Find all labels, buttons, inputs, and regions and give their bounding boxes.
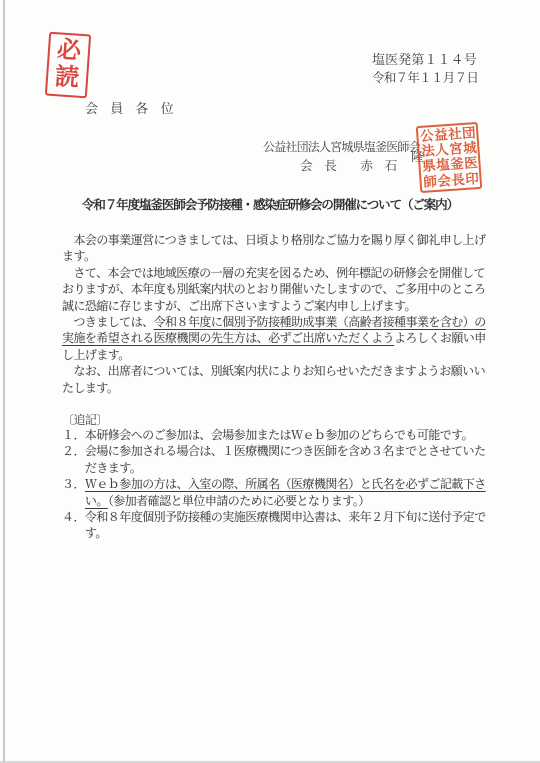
body-line: さて、本会では地域医療の一層の充実を図るため、例年標記の研修会を開催して (62, 265, 492, 281)
postscript-line-segment (62, 494, 85, 508)
body-line-segment: さて、本会では地域医療の一層の充実を図るため、例年標記の研修会を開催して (62, 266, 485, 280)
body-line-segment: 本会の事業運営につきましては、日頃より格別なご協力を賜り厚く御礼申し上げ (62, 233, 485, 247)
postscript-line: す。 (62, 525, 492, 541)
president-seal-char: 塩 (435, 158, 450, 174)
president-seal-char: 会 (436, 173, 451, 189)
body-paragraphs: 本会の事業運営につきましては、日頃より格別なご協力を賜り厚く御礼申し上げます。 … (62, 232, 492, 396)
postscript-line-segment: ３． (62, 477, 85, 491)
president-seal-char: 益 (433, 127, 448, 143)
postscript-line: ３．Ｗｅｂ参加の方は、入室の際、所属名（医療機関名）と氏名を必ずご記載下さ (62, 476, 492, 492)
scanned-letter-page: 必 読 塩医発第１１４号 令和７年１１月７日 会 員 各 位 公益社団法人宮城県… (0, 0, 540, 763)
body-line: なお、出席者については、別紙案内状によりお知らせいただきますようお願いい (62, 363, 492, 379)
president-seal-char: 県 (421, 158, 436, 174)
body-line: たします。 (62, 380, 492, 396)
president-seal-char: 社 (447, 126, 462, 142)
postscript-items: １．本研修会へのご参加は、会場参加またはＷｅｂ参加のどちらでも可能です。２．会場… (62, 427, 492, 542)
body-line-segment: し上げます。 (62, 348, 130, 362)
body-line: 誠に恐縮に存じますが、ご出席下さいますようご案内申し上げます。 (62, 298, 492, 314)
postscript-line-segment: だきます。 (62, 461, 141, 475)
president-seal-char: 長 (450, 172, 465, 188)
president-seal-char: 法 (420, 143, 435, 159)
document-date: 令和７年１１月７日 (372, 69, 478, 88)
postscript-line-underlined-segment: い。 (85, 494, 108, 508)
body-line-underlined-segment: 実施を希望される医療機関の先生方は、必ずご出席いただくよう (62, 331, 394, 345)
president-seal: 公益社団法人宮城県塩釜医師会長印 (416, 122, 483, 193)
postscript-line: だきます。 (62, 460, 492, 476)
postscript-line-segment: １．本研修会へのご参加は、会場参加またはＷｅｂ参加のどちらでも可能です。 (62, 428, 473, 442)
postscript-line-segment: ２．会場に参加される場合は、１医療機関につき医師を含め３名までとさせていた (62, 444, 485, 458)
body-line-segment: よろしくお願い申 (394, 331, 486, 345)
body-line-segment: なお、出席者については、別紙案内状によりお知らせいただきますようお願いい (62, 364, 485, 378)
scan-edge-left (3, 0, 5, 763)
postscript-line-segment: （参加者確認と単位申請のために必要となります。） (108, 494, 370, 508)
body-line: つきましては、令和８年度に個別予防接種助成事業（高齢者接種事業を含む）の (62, 314, 492, 330)
body-line-segment: つきましては、 (62, 315, 154, 329)
president-seal-char: 城 (462, 140, 477, 156)
president-seal-char: 公 (419, 128, 434, 144)
body-line-underlined-segment: 令和８年度に個別予防接種助成事業（高齢者接種事業を含む）の (154, 315, 486, 329)
body-line: 本会の事業運営につきましては、日頃より格別なご協力を賜り厚く御礼申し上げ (62, 232, 492, 248)
postscript-heading: 〔追記〕 (62, 411, 108, 428)
body-line: おりますが、本年度も別紙案内状のとおり開催いたしますので、ご多用中のところ (62, 281, 492, 297)
recipient-line: 会 員 各 位 (85, 98, 173, 117)
president-seal-char: 医 (463, 156, 478, 172)
must-read-stamp-char-top: 必 (56, 37, 82, 66)
body-line: し上げます。 (62, 347, 492, 363)
president-seal-char: 釜 (449, 157, 464, 173)
postscript-line-underlined-segment: Ｗｅｂ参加の方は、入室の際、所属名（医療機関名）と氏名を必ずご記載下さ (85, 477, 486, 491)
president-seal-char: 宮 (448, 141, 463, 157)
postscript-line: ２．会場に参加される場合は、１医療機関につき医師を含め３名までとさせていた (62, 443, 492, 459)
postscript-line-segment: す。 (62, 526, 107, 540)
sender-title-name: 会 長 赤 石 (300, 156, 397, 174)
president-seal-char: 師 (422, 174, 437, 190)
document-meta: 塩医発第１１４号 令和７年１１月７日 (372, 50, 478, 88)
postscript-line: ４．令和８年度個別予防接種の実施医療機関申込書は、来年２月下旬に送付予定で (62, 509, 492, 525)
document-number: 塩医発第１１４号 (372, 50, 478, 69)
president-seal-char: 人 (434, 142, 449, 158)
president-seal-char: 団 (461, 125, 476, 141)
document-title: 令和７年度塩釜医師会予防接種・感染症研修会の開催について（ご案内） (0, 195, 540, 213)
body-line: 実施を希望される医療機関の先生方は、必ずご出席いただくようよろしくお願い申 (62, 330, 492, 346)
body-line-segment: たします。 (62, 381, 118, 395)
must-read-stamp-char-bottom: 読 (54, 64, 80, 93)
body-line: ます。 (62, 248, 492, 264)
body-line-segment: おりますが、本年度も別紙案内状のとおり開催いたしますので、ご多用中のところ (62, 282, 485, 296)
must-read-stamp: 必 読 (45, 32, 91, 99)
postscript-line: １．本研修会へのご参加は、会場参加またはＷｅｂ参加のどちらでも可能です。 (62, 427, 492, 443)
postscript-line-segment: ４．令和８年度個別予防接種の実施医療機関申込書は、来年２月下旬に送付予定で (62, 510, 486, 524)
body-line-segment: 誠に恐縮に存じますが、ご出席下さいますようご案内申し上げます。 (62, 299, 416, 313)
body-line-segment: ます。 (62, 249, 95, 263)
sender-organization: 公益社団法人宮城県塩釜医師会 (263, 138, 420, 155)
postscript-line: い。（参加者確認と単位申請のために必要となります。） (62, 493, 492, 509)
president-seal-char: 印 (464, 171, 479, 187)
